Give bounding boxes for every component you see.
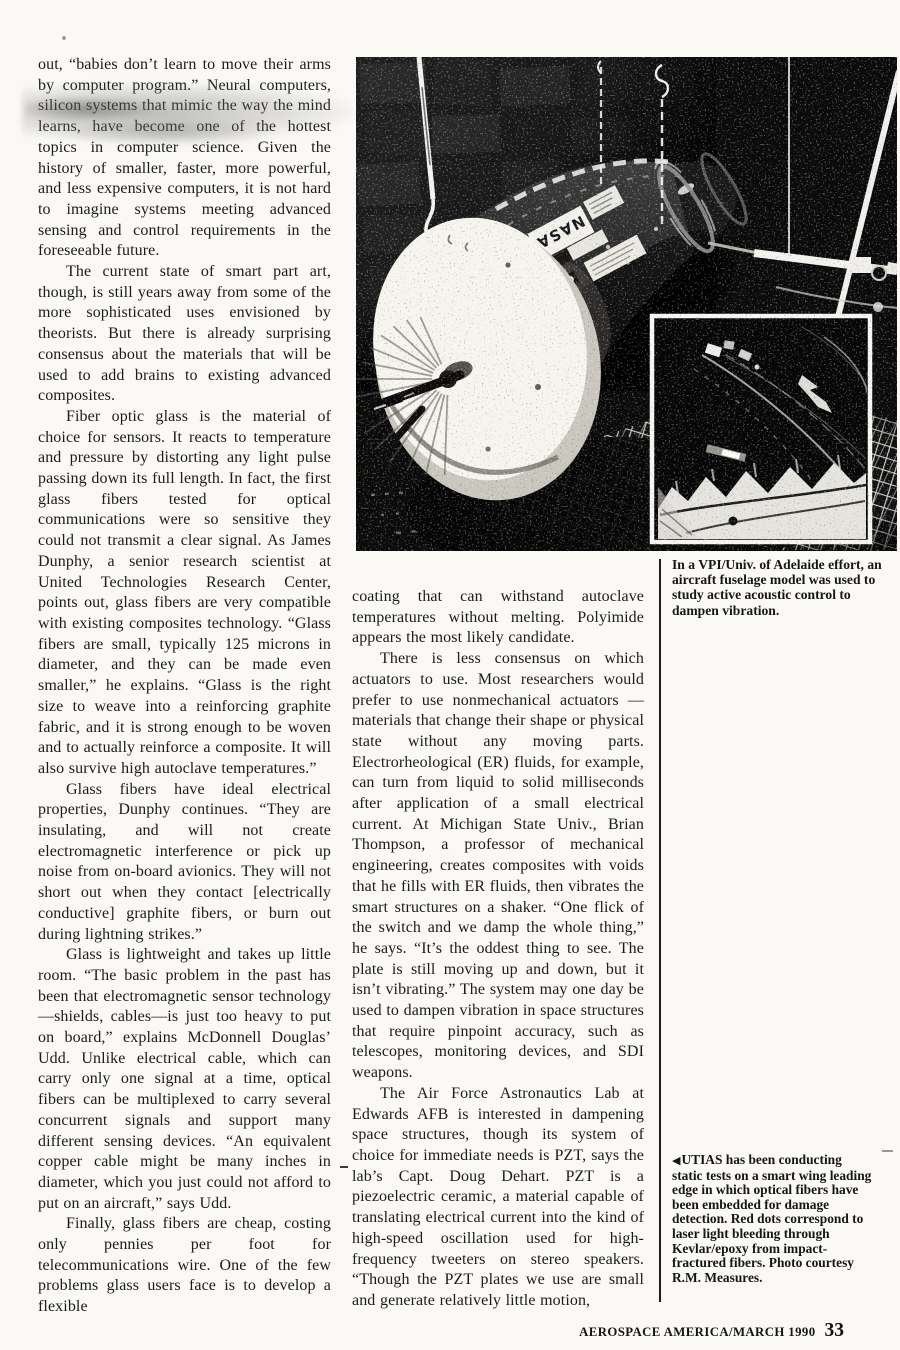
caption-photo2-text: UTIAS has been conducting static tests o… [672, 1152, 871, 1285]
paragraph: out, “babies don’t learn to move their a… [38, 55, 331, 262]
paragraph: The current state of smart part art, tho… [38, 262, 331, 407]
paragraph: coating that can withstand autoclave tem… [352, 587, 644, 649]
stray-mark [340, 1166, 348, 1168]
paragraph: Fiber optic glass is the material of cho… [38, 407, 331, 780]
column-rule [659, 559, 661, 1302]
left-column: out, “babies don’t learn to move their a… [38, 55, 331, 1325]
caption-photo2: ◀UTIAS has been conducting static tests … [672, 1153, 872, 1285]
paragraph: Glass fibers have ideal electrical prope… [38, 780, 331, 946]
middle-column: coating that can withstand autoclave tem… [352, 587, 644, 1317]
magazine-name: AEROSPACE AMERICA/MARCH 1990 [579, 1325, 815, 1340]
photo-main: NASA [356, 57, 897, 551]
fuselage-test-photo: NASA [356, 57, 897, 551]
magazine-page: out, “babies don’t learn to move their a… [0, 0, 900, 1350]
caption-photo1: In a VPI/Univ. of Adelaide effort, an ai… [672, 557, 888, 618]
grain-overlay [356, 57, 897, 551]
paragraph: The Air Force Astronautics Lab at Edward… [352, 1084, 644, 1312]
ink-speck [62, 36, 66, 40]
page-footer: AEROSPACE AMERICA/MARCH 1990 33 [579, 1320, 844, 1342]
paragraph: Finally, glass fibers are cheap, costing… [38, 1214, 331, 1318]
paragraph: Glass is lightweight and takes up little… [38, 945, 331, 1214]
paragraph: There is less consensus on which actuato… [352, 649, 644, 1084]
page-number: 33 [825, 1320, 845, 1342]
stray-mark [882, 1150, 893, 1152]
